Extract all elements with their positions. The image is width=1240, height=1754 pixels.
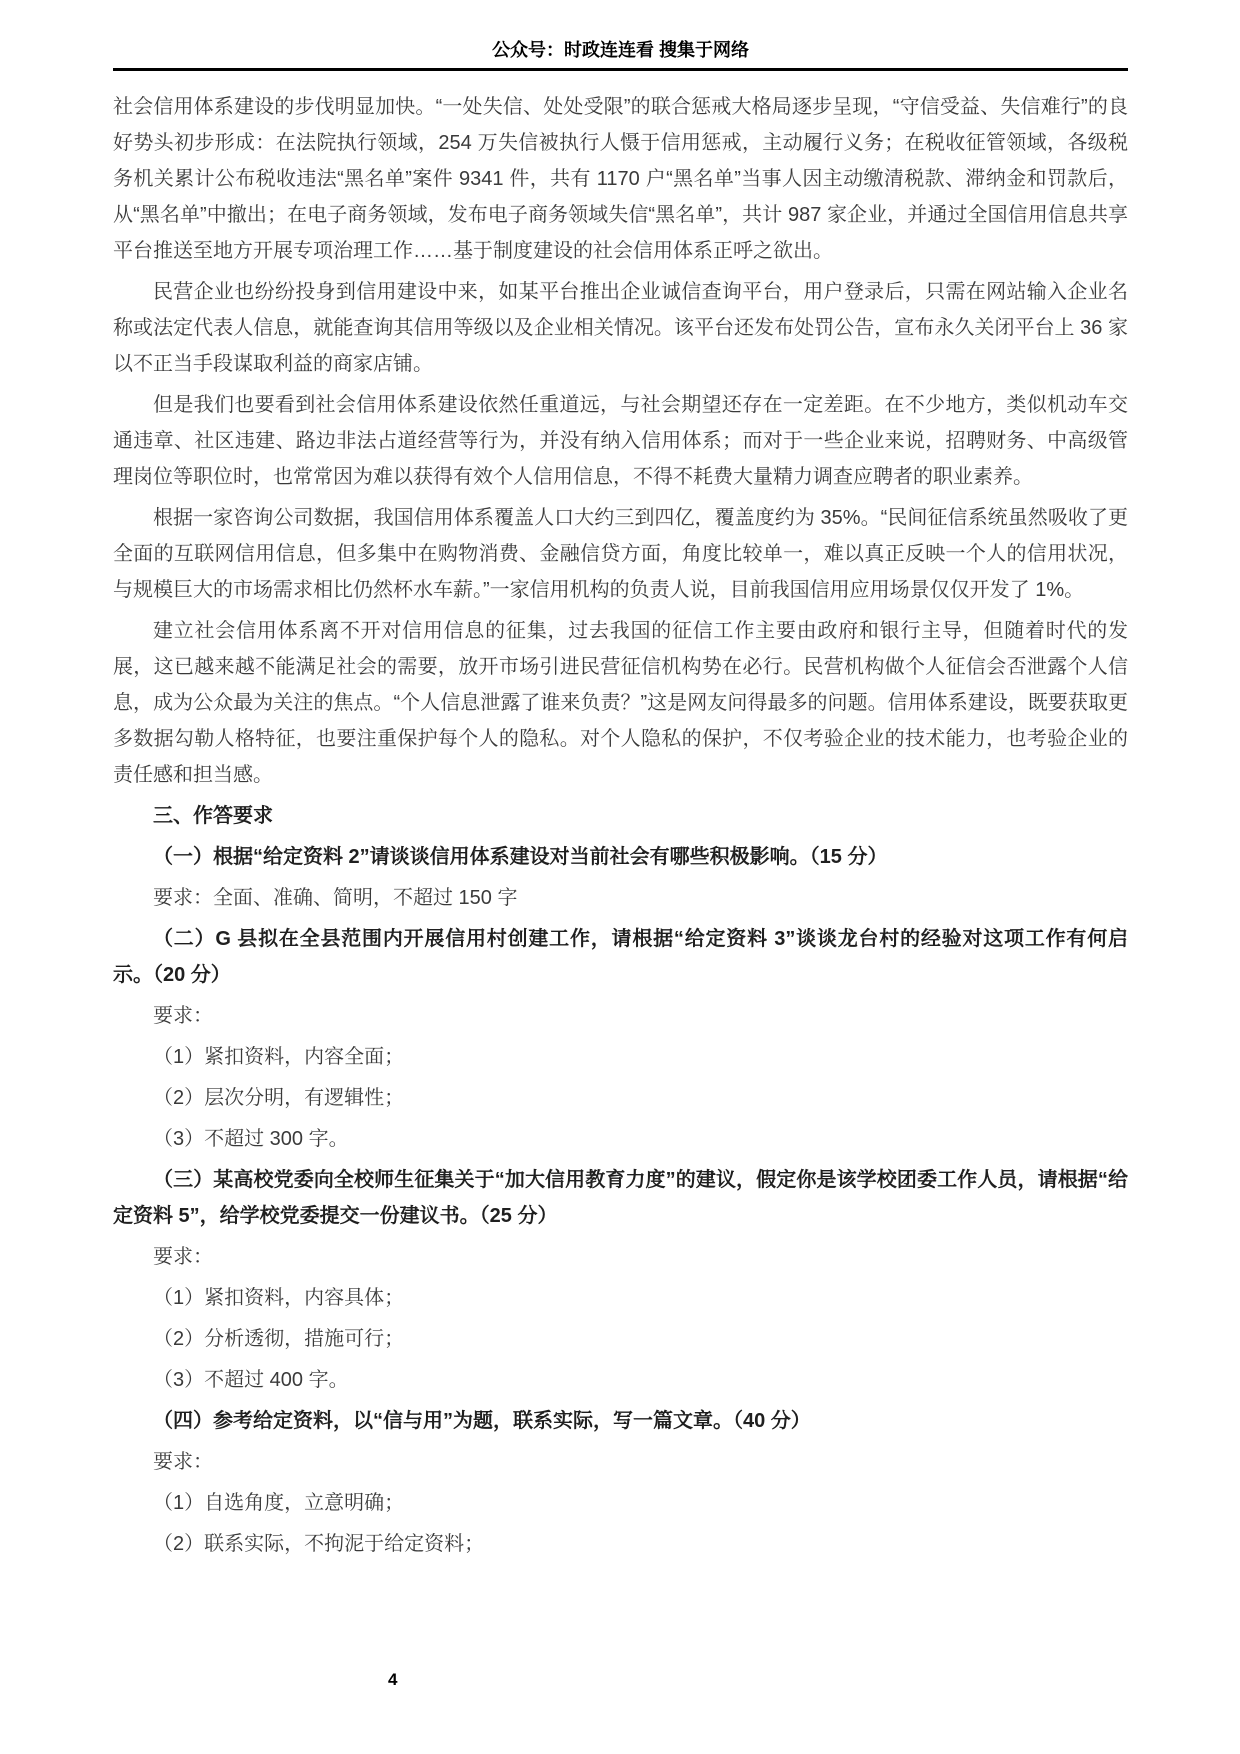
- question-2-requirement-3: （3）不超过 300 字。: [113, 1121, 1128, 1157]
- article-paragraph-2: 民营企业也纷纷投身到信用建设中来，如某平台推出企业诚信查询平台，用户登录后，只需…: [113, 274, 1128, 382]
- question-2-requirement-2: （2）层次分明，有逻辑性；: [113, 1080, 1128, 1116]
- question-4-requirement-1: （1）自选角度，立意明确；: [113, 1485, 1128, 1521]
- page-number: 4: [388, 1670, 397, 1690]
- document-page: 公众号：时政连连看 搜集于网络 社会信用体系建设的步伐明显加快。“一处失信、处处…: [0, 0, 1240, 1754]
- question-3-requirement-1: （1）紧扣资料，内容具体；: [113, 1280, 1128, 1316]
- question-2-requirement-label: 要求：: [113, 998, 1128, 1034]
- question-3-requirement-3: （3）不超过 400 字。: [113, 1362, 1128, 1398]
- question-1-requirement-1: 要求：全面、准确、简明，不超过 150 字: [113, 880, 1128, 916]
- header-title: 公众号：时政连连看 搜集于网络: [492, 40, 749, 60]
- article-paragraph-3: 但是我们也要看到社会信用体系建设依然任重道远，与社会期望还存在一定差距。在不少地…: [113, 387, 1128, 495]
- article-paragraph-4: 根据一家咨询公司数据，我国信用体系覆盖人口大约三到四亿，覆盖度约为 35%。“民…: [113, 500, 1128, 608]
- question-4-requirement-2: （2）联系实际，不拘泥于给定资料；: [113, 1526, 1128, 1562]
- section-heading: 三、作答要求: [113, 798, 1128, 834]
- question-2-title: （二）G 县拟在全县范围内开展信用村创建工作，请根据“给定资料 3”谈谈龙台村的…: [113, 921, 1128, 993]
- question-3-title: （三）某高校党委向全校师生征集关于“加大信用教育力度”的建议，假定你是该学校团委…: [113, 1162, 1128, 1234]
- question-4-requirement-label: 要求：: [113, 1444, 1128, 1480]
- question-4-title: （四）参考给定资料，以“信与用”为题，联系实际，写一篇文章。（40 分）: [113, 1403, 1128, 1439]
- article-paragraph-5: 建立社会信用体系离不开对信用信息的征集，过去我国的征信工作主要由政府和银行主导，…: [113, 613, 1128, 793]
- question-3-requirement-2: （2）分析透彻，措施可行；: [113, 1321, 1128, 1357]
- question-2-requirement-1: （1）紧扣资料，内容全面；: [113, 1039, 1128, 1075]
- article-paragraph-1: 社会信用体系建设的步伐明显加快。“一处失信、处处受限”的联合惩戒大格局逐步呈现，…: [113, 89, 1128, 269]
- question-1-title: （一）根据“给定资料 2”请谈谈信用体系建设对当前社会有哪些积极影响。（15 分…: [113, 839, 1128, 875]
- header-divider: [113, 68, 1128, 71]
- article-body: 社会信用体系建设的步伐明显加快。“一处失信、处处受限”的联合惩戒大格局逐步呈现，…: [113, 89, 1128, 1562]
- question-3-requirement-label: 要求：: [113, 1239, 1128, 1275]
- page-header: 公众号：时政连连看 搜集于网络: [113, 40, 1128, 60]
